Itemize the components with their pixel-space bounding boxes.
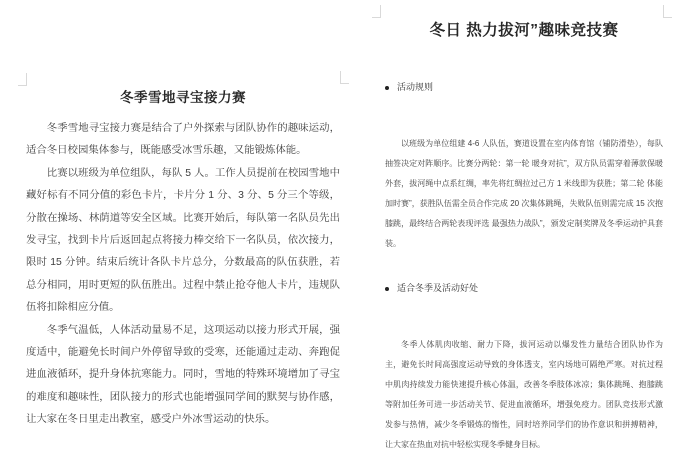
section-paragraph: 冬季人体肌肉收缩、耐力下降，拔河运动以爆发性力量结合团队协作为主，避免长时间高强…	[385, 335, 663, 455]
right-page: 冬日 热力拔河”趣味竞技赛 活动规则 以班级为单位组建 4-6 人队伍，赛道设置…	[385, 18, 663, 455]
section-heading: 适合冬季及活动好处	[385, 282, 663, 295]
section-paragraph: 以班级为单位组建 4-6 人队伍，赛道设置在室内体育馆（铺防滑垫），每队抽签决定…	[385, 134, 663, 254]
document-canvas: 冬季雪地寻宝接力赛 冬季雪地寻宝接力赛是结合了户外探索与团队协作的趣味运动，适合…	[0, 0, 679, 455]
section-heading-label: 适合冬季及活动好处	[397, 282, 478, 295]
section-heading: 活动规则	[385, 81, 663, 94]
section-activity-rules: 活动规则 以班级为单位组建 4-6 人队伍，赛道设置在室内体育馆（铺防滑垫），每…	[385, 81, 663, 254]
section-winter-benefits: 适合冬季及活动好处 冬季人体肌肉收缩、耐力下降，拔河运动以爆发性力量结合团队协作…	[385, 282, 663, 455]
left-page-paragraph: 冬季雪地寻宝接力赛是结合了户外探索与团队协作的趣味运动，适合冬日校园集体参与，既…	[26, 118, 340, 163]
left-page-paragraph: 比赛以班级为单位组队，每队 5 人。工作人员提前在校园雪地中藏好标有不同分值的彩…	[26, 163, 340, 320]
left-page: 冬季雪地寻宝接力赛 冬季雪地寻宝接力赛是结合了户外探索与团队协作的趣味运动，适合…	[26, 88, 340, 432]
text-boundary-corner-mark	[18, 73, 27, 86]
text-boundary-corner-mark	[372, 5, 381, 18]
bullet-icon	[385, 287, 389, 291]
bullet-icon	[385, 86, 389, 90]
text-boundary-corner-mark	[340, 71, 349, 84]
section-heading-label: 活动规则	[397, 81, 433, 94]
left-page-title: 冬季雪地寻宝接力赛	[26, 88, 340, 108]
right-page-title: 冬日 热力拔河”趣味竞技赛	[385, 18, 663, 44]
text-boundary-corner-mark	[663, 5, 672, 18]
left-page-paragraph: 冬季气温低，人体活动量易不足，这项运动以接力形式开展，强度适中，能避免长时间户外…	[26, 320, 340, 432]
